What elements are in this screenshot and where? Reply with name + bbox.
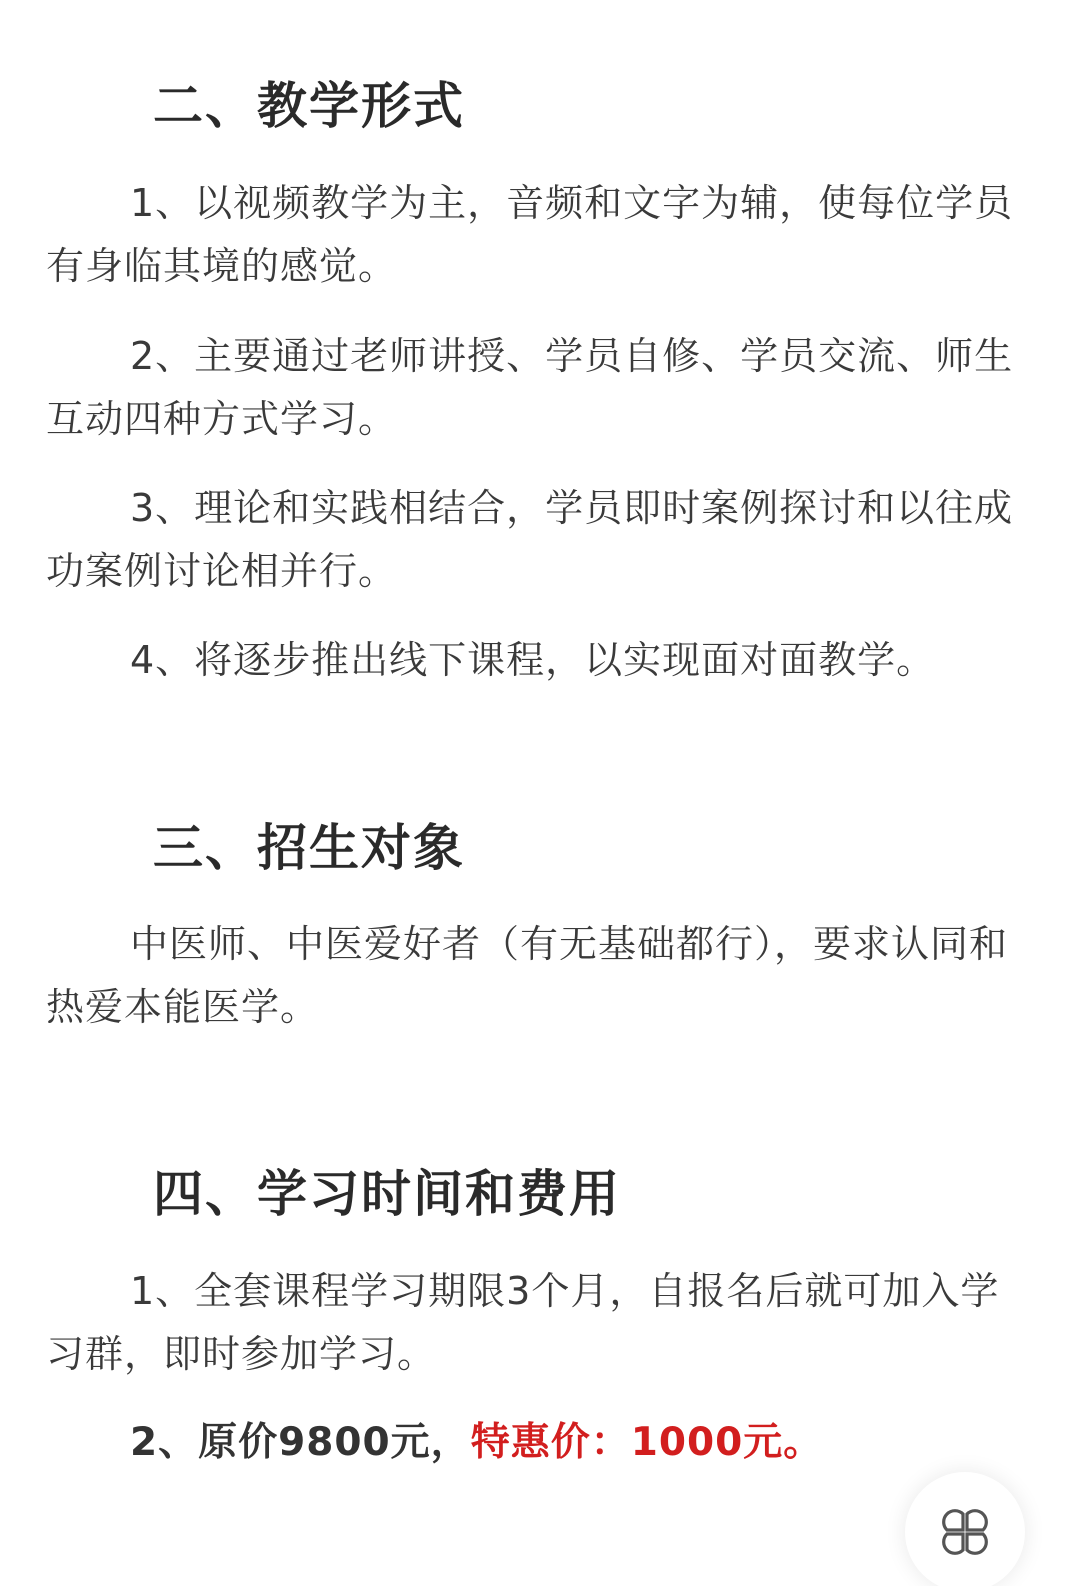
floating-menu-button[interactable] (905, 1472, 1025, 1586)
section-heading-teaching-format: 二、教学形式 (153, 76, 465, 136)
special-price: 特惠价：1000元。 (471, 1420, 824, 1465)
paragraph: 中医师、中医爱好者（有无基础都行），要求认同和热爱本能医学。 (46, 913, 1036, 1039)
price-line: 2、原价9800元，特惠价：1000元。 (130, 1415, 823, 1471)
clover-menu-icon (933, 1500, 997, 1564)
original-price: 2、原价9800元， (130, 1420, 471, 1465)
paragraph: 1、以视频教学为主，音频和文字为辅，使每位学员有身临其境的感觉。 (46, 172, 1036, 298)
section-heading-enrollment: 三、招生对象 (153, 818, 465, 878)
paragraph: 2、主要通过老师讲授、学员自修、学员交流、师生互动四种方式学习。 (46, 325, 1036, 451)
paragraph: 4、将逐步推出线下课程，以实现面对面教学。 (46, 629, 1036, 692)
paragraph: 1、全套课程学习期限3个月，自报名后就可加入学习群，即时参加学习。 (46, 1260, 1036, 1386)
paragraph: 3、理论和实践相结合，学员即时案例探讨和以往成功案例讨论相并行。 (46, 477, 1036, 603)
section-heading-time-and-fees: 四、学习时间和费用 (153, 1164, 621, 1224)
